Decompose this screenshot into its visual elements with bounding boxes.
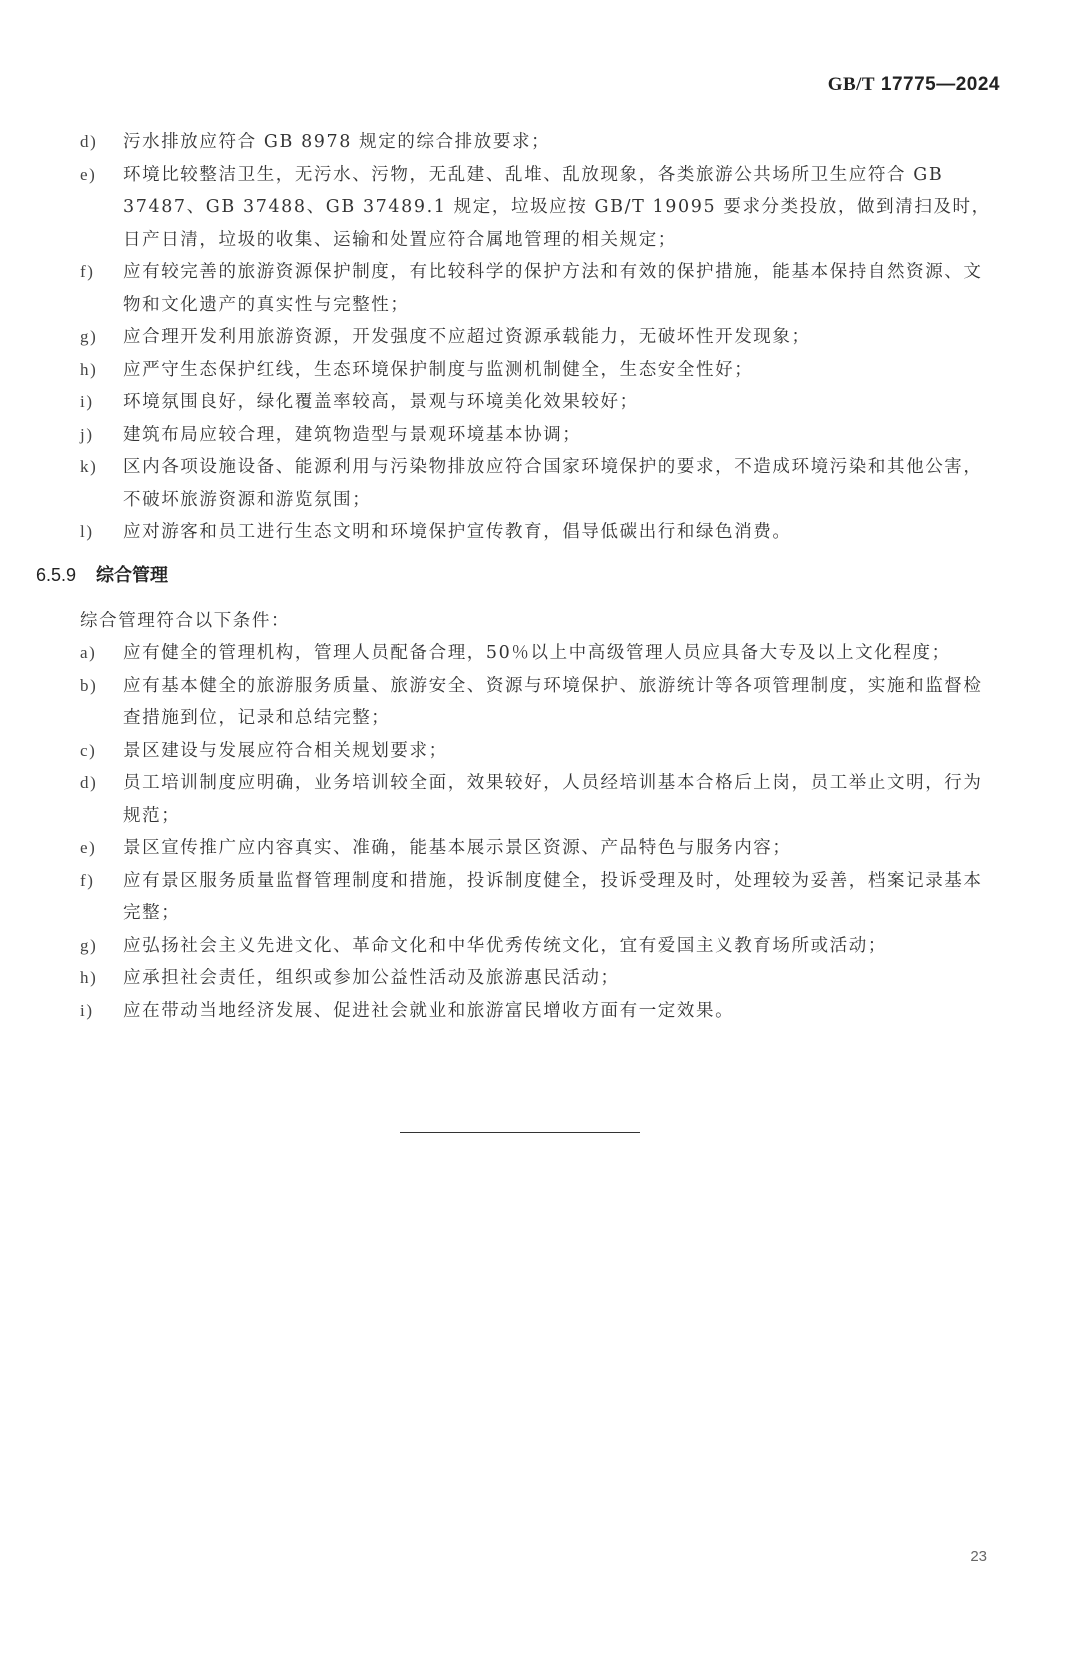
list-item: k)区内各项设施设备、能源利用与污染物排放应符合国家环境保护的要求，不造成环境污…: [80, 451, 1000, 516]
page-number: 23: [970, 1548, 987, 1565]
section-list: a)应有健全的管理机构，管理人员配备合理，50％以上中高级管理人员应具备大专及以…: [80, 637, 1000, 1027]
item-label: k): [80, 451, 123, 516]
list-item: l)应对游客和员工进行生态文明和环境保护宣传教育，倡导低碳出行和绿色消费。: [80, 516, 1000, 549]
end-of-document-rule: [400, 1132, 640, 1133]
standard-code: GB/T: [828, 74, 875, 95]
list-item: e)景区宣传推广应内容真实、准确，能基本展示景区资源、产品特色与服务内容；: [80, 832, 1000, 865]
list-item: a)应有健全的管理机构，管理人员配备合理，50％以上中高级管理人员应具备大专及以…: [80, 637, 1000, 670]
item-text: 建筑布局应较合理，建筑物造型与景观环境基本协调；: [123, 419, 1000, 452]
item-label: h): [80, 354, 123, 387]
item-text: 员工培训制度应明确，业务培训较全面，效果较好，人员经培训基本合格后上岗，员工举止…: [123, 767, 1000, 832]
item-label: f): [80, 865, 123, 930]
section-title: 综合管理: [96, 565, 168, 585]
item-text: 环境氛围良好，绿化覆盖率较高，景观与环境美化效果较好；: [123, 386, 1000, 419]
list-item: i)应在带动当地经济发展、促进社会就业和旅游富民增收方面有一定效果。: [80, 995, 1000, 1028]
section-intro: 综合管理符合以下条件：: [80, 605, 1000, 638]
item-text: 应合理开发利用旅游资源，开发强度不应超过资源承载能力，无破坏性开发现象；: [123, 321, 1000, 354]
document-body: d)污水排放应符合 GB 8978 规定的综合排放要求； e)环境比较整洁卫生，…: [80, 126, 1000, 1027]
list-item: d)员工培训制度应明确，业务培训较全面，效果较好，人员经培训基本合格后上岗，员工…: [80, 767, 1000, 832]
item-text: 应严守生态保护红线，生态环境保护制度与监测机制健全，生态安全性好；: [123, 354, 1000, 387]
item-text: 应有景区服务质量监督管理制度和措施，投诉制度健全，投诉受理及时，处理较为妥善，档…: [123, 865, 1000, 930]
list-item: g)应弘扬社会主义先进文化、革命文化和中华优秀传统文化，宜有爱国主义教育场所或活…: [80, 930, 1000, 963]
item-label: d): [80, 767, 123, 832]
item-label: c): [80, 735, 123, 768]
item-label: f): [80, 256, 123, 321]
list-item: f)应有较完善的旅游资源保护制度，有比较科学的保护方法和有效的保护措施，能基本保…: [80, 256, 1000, 321]
section-heading: 6.5.9综合管理: [36, 559, 1000, 591]
list-item: f)应有景区服务质量监督管理制度和措施，投诉制度健全，投诉受理及时，处理较为妥善…: [80, 865, 1000, 930]
item-label: b): [80, 670, 123, 735]
list-item: g)应合理开发利用旅游资源，开发强度不应超过资源承载能力，无破坏性开发现象；: [80, 321, 1000, 354]
item-label: a): [80, 637, 123, 670]
item-text: 景区建设与发展应符合相关规划要求；: [123, 735, 1000, 768]
item-text: 应有较完善的旅游资源保护制度，有比较科学的保护方法和有效的保护措施，能基本保持自…: [123, 256, 1000, 321]
item-label: e): [80, 159, 123, 257]
item-text: 污水排放应符合 GB 8978 规定的综合排放要求；: [123, 126, 1000, 159]
item-label: d): [80, 126, 123, 159]
list-item: h)应承担社会责任，组织或参加公益性活动及旅游惠民活动；: [80, 962, 1000, 995]
list-item: c)景区建设与发展应符合相关规划要求；: [80, 735, 1000, 768]
list-item: d)污水排放应符合 GB 8978 规定的综合排放要求；: [80, 126, 1000, 159]
continued-list: d)污水排放应符合 GB 8978 规定的综合排放要求； e)环境比较整洁卫生，…: [80, 126, 1000, 549]
list-item: b)应有基本健全的旅游服务质量、旅游安全、资源与环境保护、旅游统计等各项管理制度…: [80, 670, 1000, 735]
list-item: j)建筑布局应较合理，建筑物造型与景观环境基本协调；: [80, 419, 1000, 452]
item-text: 应承担社会责任，组织或参加公益性活动及旅游惠民活动；: [123, 962, 1000, 995]
item-label: i): [80, 995, 123, 1028]
item-label: h): [80, 962, 123, 995]
list-item: i)环境氛围良好，绿化覆盖率较高，景观与环境美化效果较好；: [80, 386, 1000, 419]
item-label: l): [80, 516, 123, 549]
standard-header: GB/T 17775—2024: [828, 74, 1000, 96]
item-text: 应弘扬社会主义先进文化、革命文化和中华优秀传统文化，宜有爱国主义教育场所或活动；: [123, 930, 1000, 963]
list-item: e)环境比较整洁卫生，无污水、污物，无乱建、乱堆、乱放现象，各类旅游公共场所卫生…: [80, 159, 1000, 257]
item-text: 应有健全的管理机构，管理人员配备合理，50％以上中高级管理人员应具备大专及以上文…: [123, 637, 1000, 670]
item-label: g): [80, 930, 123, 963]
item-text: 区内各项设施设备、能源利用与污染物排放应符合国家环境保护的要求，不造成环境污染和…: [123, 451, 1000, 516]
item-label: j): [80, 419, 123, 452]
list-item: h)应严守生态保护红线，生态环境保护制度与监测机制健全，生态安全性好；: [80, 354, 1000, 387]
section-number: 6.5.9: [36, 565, 76, 585]
item-label: g): [80, 321, 123, 354]
standard-number: 17775—2024: [881, 74, 1000, 95]
item-text: 应对游客和员工进行生态文明和环境保护宣传教育，倡导低碳出行和绿色消费。: [123, 516, 1000, 549]
item-text: 应在带动当地经济发展、促进社会就业和旅游富民增收方面有一定效果。: [123, 995, 1000, 1028]
item-text: 景区宣传推广应内容真实、准确，能基本展示景区资源、产品特色与服务内容；: [123, 832, 1000, 865]
item-text: 环境比较整洁卫生，无污水、污物，无乱建、乱堆、乱放现象，各类旅游公共场所卫生应符…: [123, 159, 1000, 257]
item-text: 应有基本健全的旅游服务质量、旅游安全、资源与环境保护、旅游统计等各项管理制度，实…: [123, 670, 1000, 735]
item-label: i): [80, 386, 123, 419]
item-label: e): [80, 832, 123, 865]
